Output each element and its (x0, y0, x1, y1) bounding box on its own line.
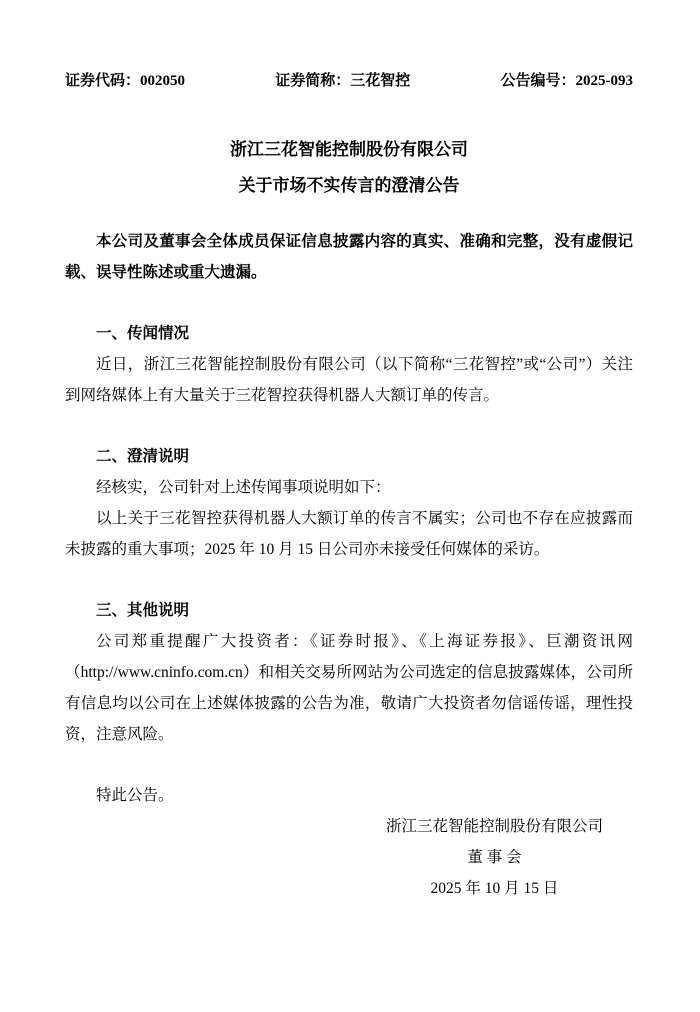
doc-header-row: 证券代码：002050 证券简称：三花智控 公告编号：2025-093 (65, 70, 633, 92)
announcement-number: 公告编号：2025-093 (501, 70, 634, 92)
signature-date: 2025 年 10 月 15 日 (386, 873, 603, 904)
section-heading-rumor: 一、传闻情况 (65, 318, 633, 349)
doc-title-company: 浙江三花智能控制股份有限公司 (65, 138, 633, 162)
doc-title-subject: 关于市场不实传言的澄清公告 (65, 174, 633, 198)
doc-title: 浙江三花智能控制股份有限公司 关于市场不实传言的澄清公告 (65, 138, 633, 198)
closing-notice: 特此公告。 (65, 780, 633, 811)
signature-company: 浙江三花智能控制股份有限公司 (386, 811, 603, 842)
section-heading-other: 三、其他说明 (65, 595, 633, 626)
paragraph: 以上关于三花智控获得机器人大额订单的传言不属实；公司也不存在应披露而未披露的重大… (65, 503, 633, 565)
signature-board: 董 事 会 (386, 842, 603, 873)
stock-abbr: 证券简称：三花智控 (275, 70, 410, 92)
stock-code: 证券代码：002050 (65, 70, 185, 92)
paragraph: 公司郑重提醒广大投资者：《证券时报》、《上海证券报》、巨潮资讯网（http://… (65, 626, 633, 750)
declaration-paragraph: 本公司及董事会全体成员保证信息披露内容的真实、准确和完整，没有虚假记载、误导性陈… (65, 226, 633, 288)
signature-block: 浙江三花智能控制股份有限公司 董 事 会 2025 年 10 月 15 日 (386, 811, 603, 904)
announcement-page: 证券代码：002050 证券简称：三花智控 公告编号：2025-093 浙江三花… (0, 0, 700, 1012)
doc-body: 本公司及董事会全体成员保证信息披露内容的真实、准确和完整，没有虚假记载、误导性陈… (65, 226, 633, 904)
section-heading-clarification: 二、澄清说明 (65, 441, 633, 472)
paragraph: 经核实，公司针对上述传闻事项说明如下： (65, 472, 633, 503)
paragraph: 近日，浙江三花智能控制股份有限公司（以下简称“三花智控”或“公司”）关注到网络媒… (65, 349, 633, 411)
